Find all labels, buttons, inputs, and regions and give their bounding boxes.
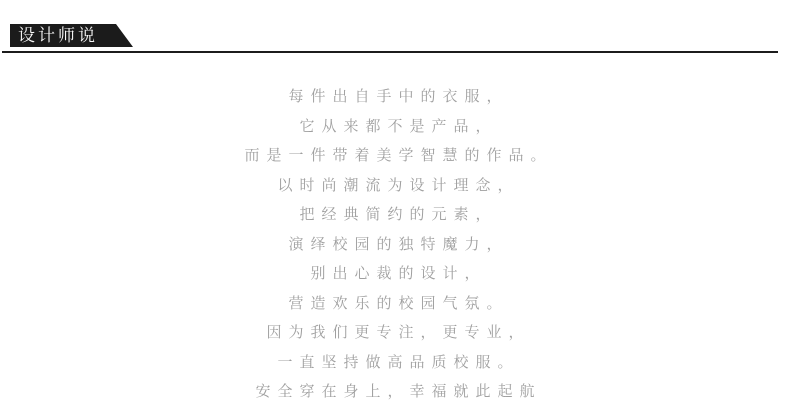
statement-line: 别出心裁的设计， [0, 259, 790, 289]
statement-line: 以时尚潮流为设计理念， [0, 171, 790, 201]
statement-line: 它从来都不是产品， [0, 112, 790, 142]
statement-line: 安全穿在身上，幸福就此起航 [0, 377, 790, 407]
statement-line: 因为我们更专注，更专业， [0, 318, 790, 348]
designer-says-badge: 设计师说 [10, 24, 133, 47]
designer-statement: 每件出自手中的衣服， 它从来都不是产品， 而是一件带着美学智慧的作品。 以时尚潮… [0, 82, 790, 407]
statement-line: 一直坚持做高品质校服。 [0, 348, 790, 378]
statement-line: 营造欢乐的校园气氛。 [0, 289, 790, 319]
statement-line: 而是一件带着美学智慧的作品。 [0, 141, 790, 171]
statement-line: 演绎校园的独特魔力， [0, 230, 790, 260]
header-divider [2, 51, 778, 53]
designer-says-section: 设计师说 每件出自手中的衣服， 它从来都不是产品， 而是一件带着美学智慧的作品。… [0, 0, 790, 419]
statement-line: 把经典简约的元素， [0, 200, 790, 230]
badge-label: 设计师说 [18, 27, 98, 44]
section-header: 设计师说 [0, 0, 790, 56]
statement-line: 每件出自手中的衣服， [0, 82, 790, 112]
